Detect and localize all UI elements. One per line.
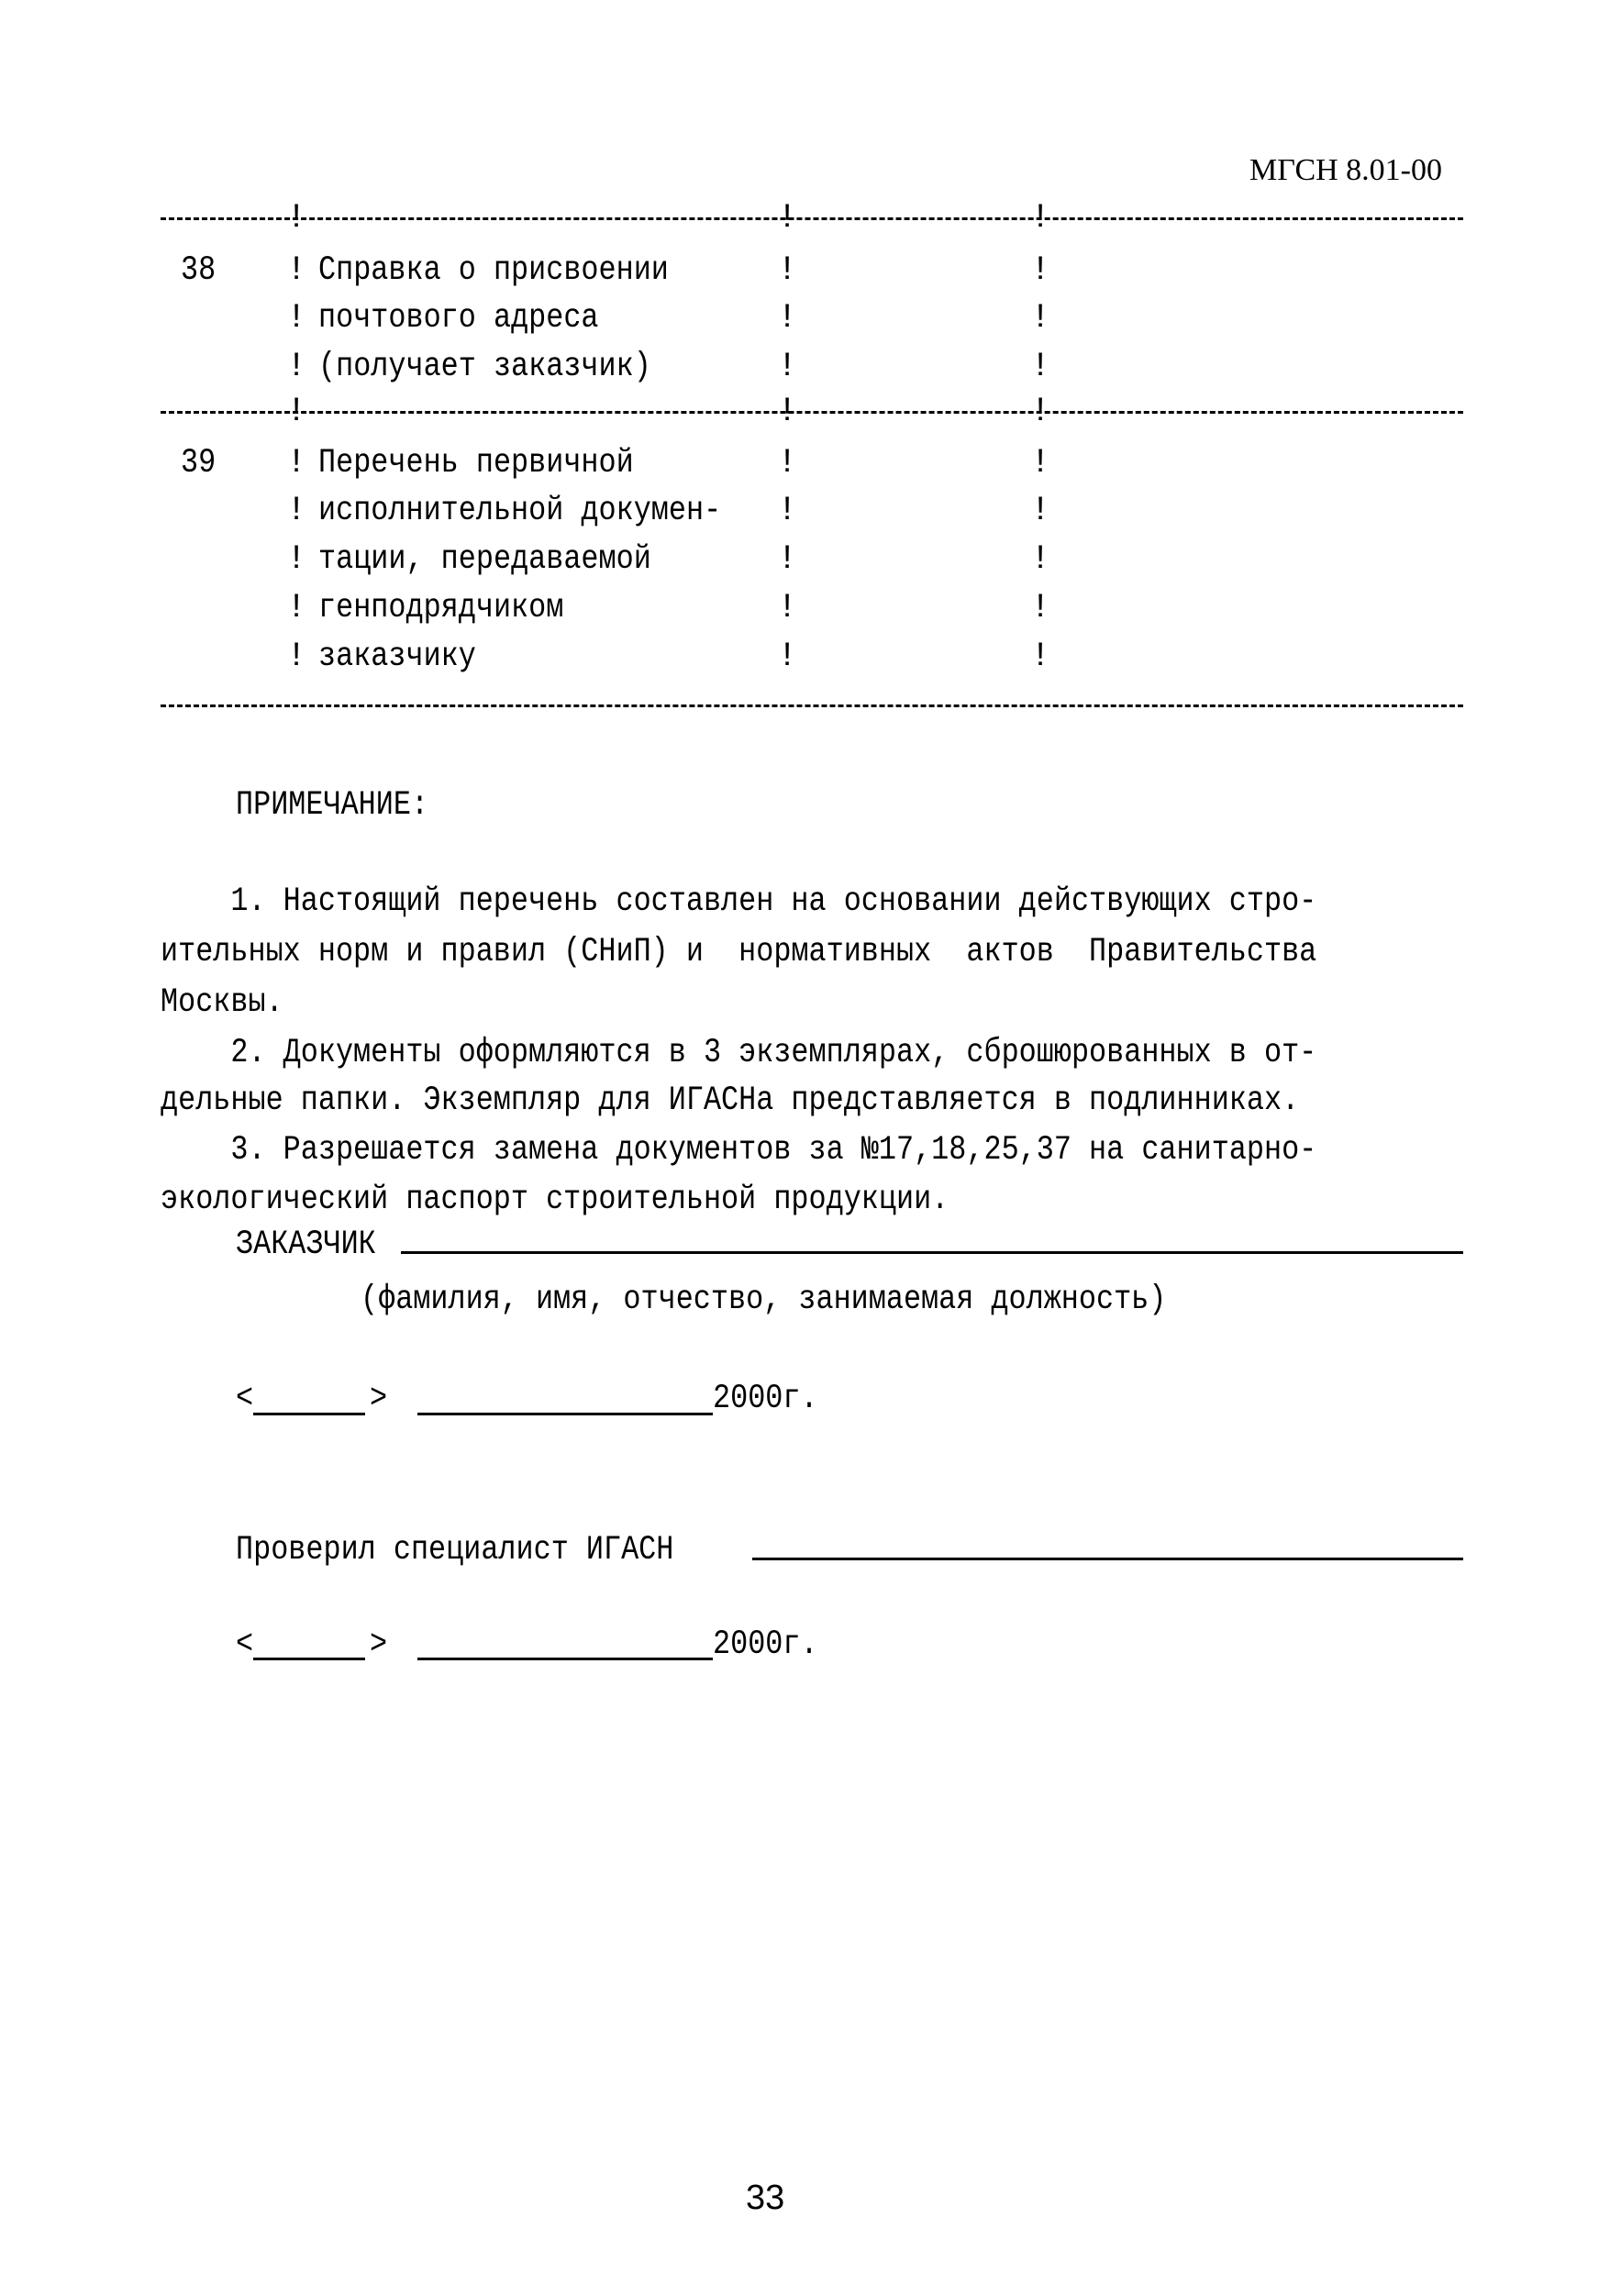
- row-number: 39: [181, 445, 216, 482]
- year-label: 2000г.: [713, 1626, 818, 1663]
- document-code: МГСН 8.01-00: [1249, 152, 1442, 189]
- date-close-bracket: >: [370, 1626, 387, 1663]
- column-separator: !: [1030, 445, 1050, 482]
- customer-label: ЗАКАЗЧИК: [236, 1226, 376, 1263]
- table-rule-top: [161, 217, 1463, 220]
- note-line: ительных норм и правил (СНиП) и норматив…: [161, 934, 1316, 971]
- column-separator: !: [777, 349, 797, 385]
- column-separator: !: [1030, 493, 1050, 529]
- table-rule-bottom: [161, 704, 1463, 707]
- column-separator: !: [777, 200, 797, 237]
- row-description-line: заказчику: [318, 638, 476, 675]
- note-line: дельные папки. Экземпляр для ИГАСНа пред…: [161, 1082, 1299, 1119]
- column-separator: !: [1030, 349, 1050, 385]
- date-open-bracket: <: [236, 1381, 253, 1417]
- column-separator: !: [777, 252, 797, 289]
- column-separator: !: [777, 493, 797, 529]
- column-separator: !: [777, 541, 797, 578]
- row-description-line: тации, передаваемой: [318, 541, 651, 578]
- column-separator: !: [286, 349, 306, 385]
- row-description-line: (получает заказчик): [318, 349, 651, 385]
- column-separator: !: [286, 541, 306, 578]
- month-field-line[interactable]: [417, 1413, 713, 1415]
- column-separator: !: [1030, 200, 1050, 237]
- column-separator: !: [777, 300, 797, 337]
- column-separator: !: [1030, 300, 1050, 337]
- month-field-line[interactable]: [417, 1658, 713, 1660]
- column-separator: !: [777, 445, 797, 482]
- column-separator: !: [286, 300, 306, 337]
- column-separator: !: [286, 200, 306, 237]
- column-separator: !: [286, 252, 306, 289]
- notes-title: ПРИМЕЧАНИЕ:: [236, 787, 428, 824]
- column-separator: !: [1030, 638, 1050, 675]
- row-description-line: Справка о присвоении: [318, 252, 669, 289]
- row-description-line: почтового адреса: [318, 300, 599, 337]
- customer-caption: (фамилия, имя, отчество, занимаемая долж…: [361, 1281, 1166, 1318]
- row-description-line: генподрядчиком: [318, 590, 563, 627]
- column-separator: !: [1030, 394, 1050, 430]
- column-separator: !: [286, 590, 306, 627]
- date-open-bracket: <: [236, 1626, 253, 1663]
- note-line: 3. Разрешается замена документов за №17,…: [161, 1132, 1316, 1169]
- column-separator: !: [286, 493, 306, 529]
- page-number: 33: [746, 2180, 784, 2216]
- day-field-line[interactable]: [253, 1658, 365, 1660]
- column-separator: !: [1030, 541, 1050, 578]
- day-field-line[interactable]: [253, 1413, 365, 1415]
- note-line: экологический паспорт строительной проду…: [161, 1181, 949, 1218]
- column-separator: !: [777, 394, 797, 430]
- note-line: 1. Настоящий перечень составлен на основ…: [161, 883, 1316, 920]
- inspector-signature-line[interactable]: [752, 1558, 1463, 1560]
- column-separator: !: [777, 638, 797, 675]
- date-close-bracket: >: [370, 1381, 387, 1417]
- column-separator: !: [1030, 252, 1050, 289]
- row-number: 38: [181, 252, 216, 289]
- column-separator: !: [777, 590, 797, 627]
- column-separator: !: [1030, 590, 1050, 627]
- row-description-line: исполнительной докумен-: [318, 493, 721, 529]
- note-line: Москвы.: [161, 984, 283, 1021]
- row-description-line: Перечень первичной: [318, 445, 634, 482]
- column-separator: !: [286, 445, 306, 482]
- year-label: 2000г.: [713, 1381, 818, 1417]
- inspector-label: Проверил специалист ИГАСН: [236, 1532, 673, 1569]
- table-rule-middle: [161, 411, 1463, 414]
- column-separator: !: [286, 638, 306, 675]
- customer-signature-line[interactable]: [401, 1251, 1463, 1254]
- note-line: 2. Документы оформляются в 3 экземплярах…: [161, 1035, 1316, 1071]
- column-separator: !: [286, 394, 306, 430]
